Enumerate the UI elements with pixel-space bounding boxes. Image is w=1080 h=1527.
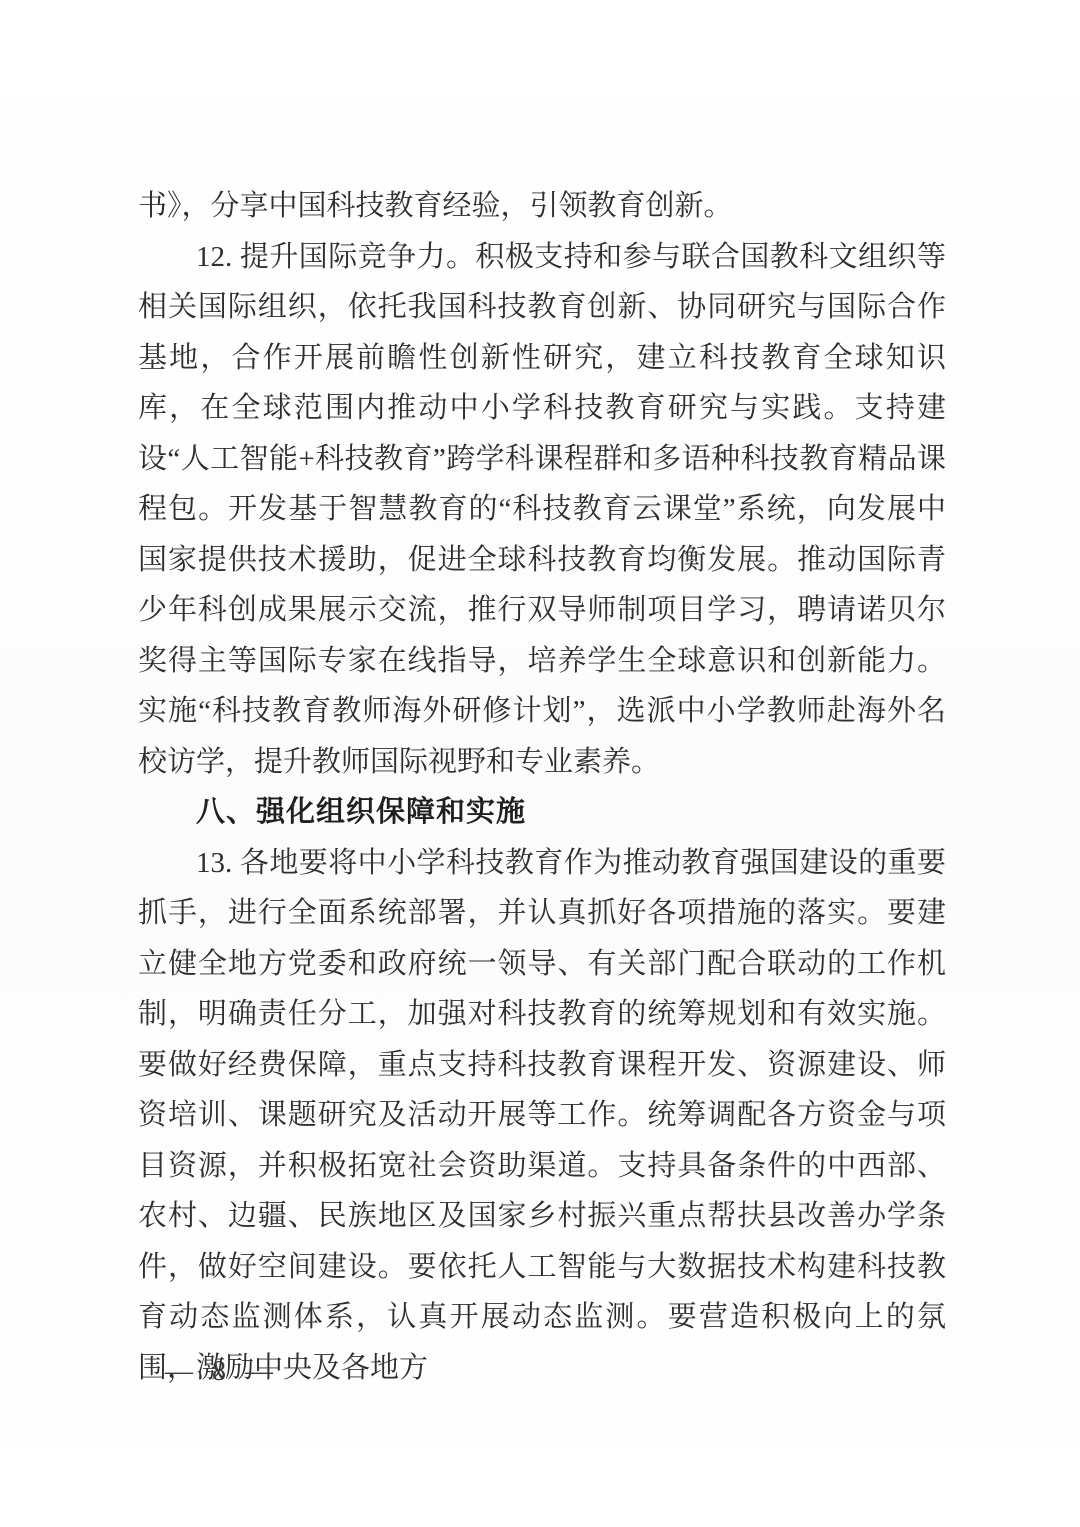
document-page: 书》，分享中国科技教育经验，引领教育创新。 12. 提升国际竞争力。积极支持和参… xyxy=(0,0,1080,1527)
paragraph-continuation: 书》，分享中国科技教育经验，引领教育创新。 xyxy=(138,181,946,232)
document-body: 书》，分享中国科技教育经验，引领教育创新。 12. 提升国际竞争力。积极支持和参… xyxy=(138,181,946,1393)
section-heading-8: 八、强化组织保障和实施 xyxy=(138,787,946,838)
paragraph-item-13: 13. 各地要将中小学科技教育作为推动教育强国建设的重要抓手，进行全面系统部署，… xyxy=(138,838,946,1394)
page-number: — 8 — xyxy=(165,1356,279,1388)
paragraph-item-12: 12. 提升国际竞争力。积极支持和参与联合国教科文组织等相关国际组织，依托我国科… xyxy=(138,232,946,788)
